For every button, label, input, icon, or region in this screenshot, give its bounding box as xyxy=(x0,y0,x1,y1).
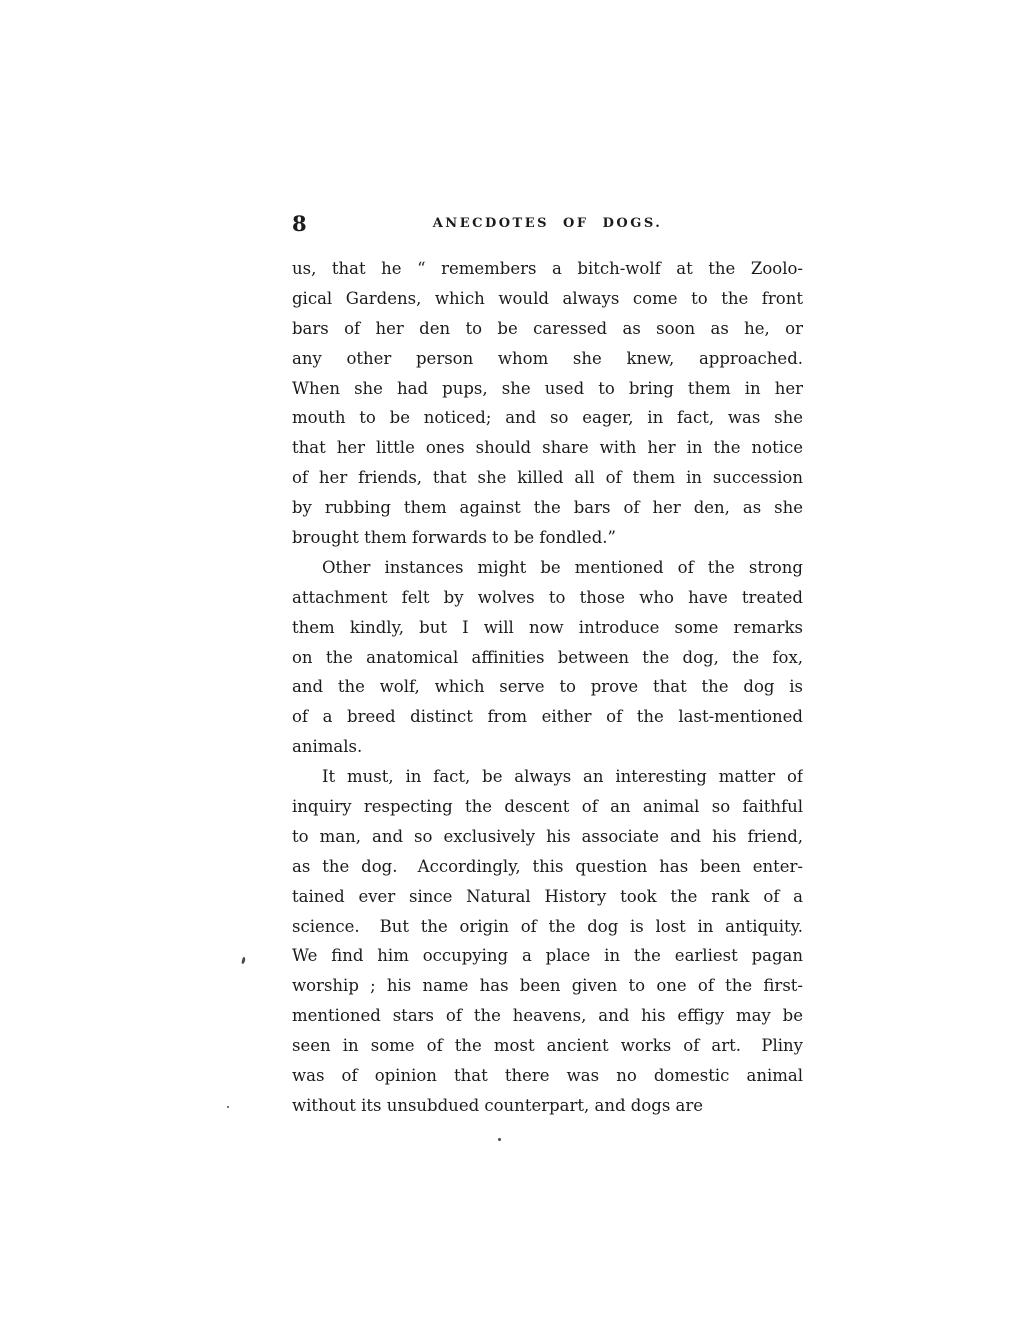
text-line: of a breed distinct from either of the l… xyxy=(292,702,803,732)
text-line: that her little ones should share with h… xyxy=(292,433,803,463)
text-line: seen in some of the most ancient works o… xyxy=(292,1031,803,1061)
scan-artifact-dot xyxy=(227,1106,229,1108)
text-line: was of opinion that there was no domesti… xyxy=(292,1061,803,1091)
text-line: When she had pups, she used to bring the… xyxy=(292,374,803,404)
text-line: It must, in fact, be always an interesti… xyxy=(292,762,803,792)
page-header: 8 ANECDOTES OF DOGS. xyxy=(292,209,803,239)
text-line: mentioned stars of the heavens, and his … xyxy=(292,1001,803,1031)
text-line: bars of her den to be caressed as soon a… xyxy=(292,314,803,344)
text-line: tained ever since Natural History took t… xyxy=(292,882,803,912)
paragraph: It must, in fact, be always an interesti… xyxy=(292,762,803,1121)
text-line: We find him occupying a place in the ear… xyxy=(292,941,803,971)
text-line: as the dog. Accordingly, this question h… xyxy=(292,852,803,882)
book-page: 8 ANECDOTES OF DOGS. us, that he “ remem… xyxy=(0,0,1033,1339)
text-line: to man, and so exclusively his associate… xyxy=(292,822,803,852)
text-line: of her friends, that she killed all of t… xyxy=(292,463,803,493)
text-line: us, that he “ remembers a bitch-wolf at … xyxy=(292,254,803,284)
text-line: worship ; his name has been given to one… xyxy=(292,971,803,1001)
running-head: ANECDOTES OF DOGS. xyxy=(292,209,803,239)
text-line: animals. xyxy=(292,732,803,762)
text-line: brought them forwards to be fondled.” xyxy=(292,523,803,553)
text-line: inquiry respecting the descent of an ani… xyxy=(292,792,803,822)
scan-artifact-comma xyxy=(241,957,245,964)
text-line: them kindly, but I will now introduce so… xyxy=(292,613,803,643)
text-line: attachment felt by wolves to those who h… xyxy=(292,583,803,613)
text-line: and the wolf, which serve to prove that … xyxy=(292,672,803,702)
text-line: without its unsubdued counterpart, and d… xyxy=(292,1091,803,1121)
text-line: any other person whom she knew, approach… xyxy=(292,344,803,374)
text-line: Other instances might be mentioned of th… xyxy=(292,553,803,583)
text-line: mouth to be noticed; and so eager, in fa… xyxy=(292,403,803,433)
text-line: by rubbing them against the bars of her … xyxy=(292,493,803,523)
paragraph: us, that he “ remembers a bitch-wolf at … xyxy=(292,254,803,553)
text-line: gical Gardens, which would always come t… xyxy=(292,284,803,314)
scan-artifact-dot xyxy=(498,1138,501,1141)
text-line: science. But the origin of the dog is lo… xyxy=(292,912,803,942)
text-line: on the anatomical affinities between the… xyxy=(292,643,803,673)
page-body: us, that he “ remembers a bitch-wolf at … xyxy=(292,254,803,1121)
paragraph: Other instances might be mentioned of th… xyxy=(292,553,803,762)
